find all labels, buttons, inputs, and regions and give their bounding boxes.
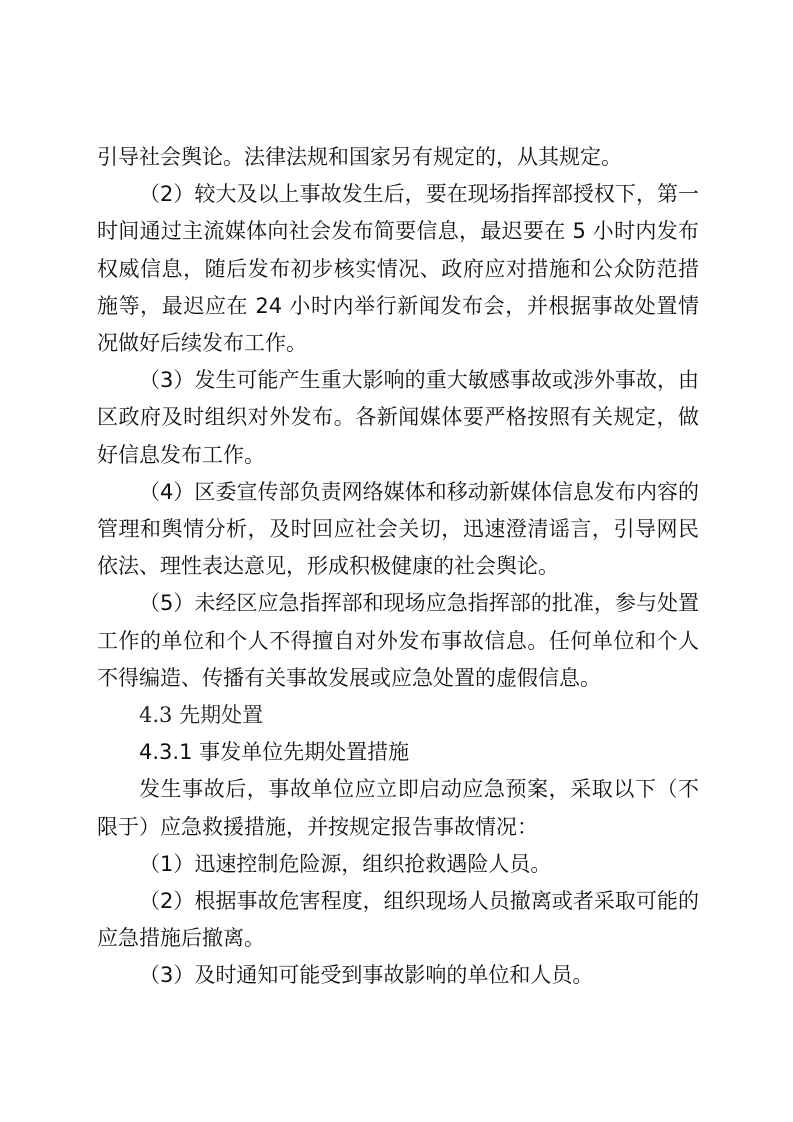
document-page: 引导社会舆论。法律法规和国家另有规定的，从其规定。 （2）较大及以上事故发生后，…	[97, 139, 699, 995]
section-heading-4-3: 4.3 先期处置	[97, 697, 699, 734]
paragraph-item-3-sensitive-incidents: （3）发生可能产生重大影响的重大敏感事故或涉外事故，由区政府及时组织对外发布。各…	[97, 362, 699, 474]
paragraph-measure-1: （1）迅速控制危险源，组织抢救遇险人员。	[97, 846, 699, 883]
paragraph-item-2-press-release: （2）较大及以上事故发生后，要在现场指挥部授权下，第一时间通过主流媒体向社会发布…	[97, 176, 699, 362]
section-subheading-4-3-1: 4.3.1 事发单位先期处置措施	[97, 734, 699, 771]
paragraph-measure-3: （3）及时通知可能受到事故影响的单位和人员。	[97, 957, 699, 994]
paragraph-measure-2: （2）根据事故危害程度，组织现场人员撤离或者采取可能的应急措施后撤离。	[97, 883, 699, 957]
paragraph-item-5-unauthorized-release: （5）未经区应急指挥部和现场应急指挥部的批准，参与处置工作的单位和个人不得擅自对…	[97, 585, 699, 697]
paragraph-item-4-propaganda-dept: （4）区委宣传部负责网络媒体和移动新媒体信息发布内容的管理和舆情分析，及时回应社…	[97, 474, 699, 586]
paragraph-continuation: 引导社会舆论。法律法规和国家另有规定的，从其规定。	[97, 139, 699, 176]
paragraph-body-initial-response: 发生事故后，事故单位应立即启动应急预案，采取以下（不限于）应急救援措施，并按规定…	[97, 771, 699, 845]
